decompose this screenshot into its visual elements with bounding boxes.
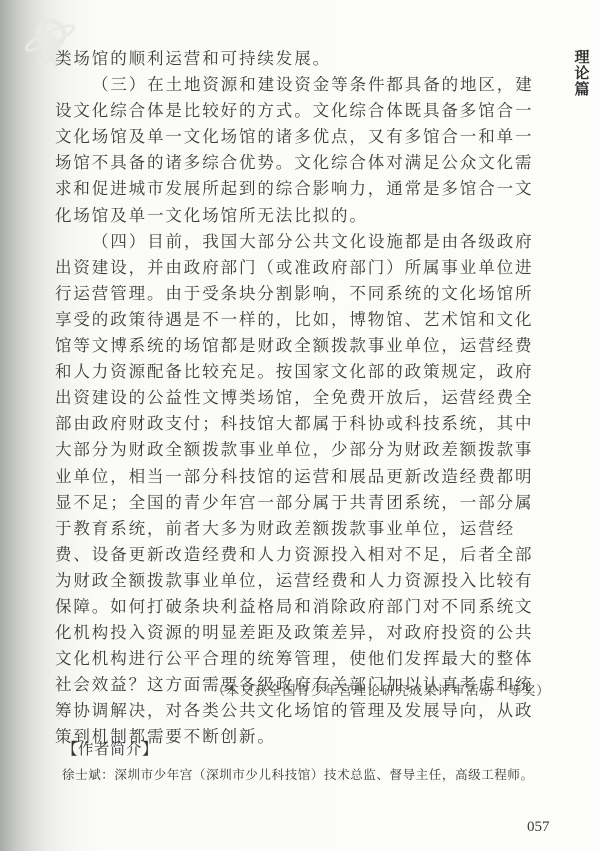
author-heading: 【作者简介】 bbox=[62, 737, 158, 759]
section-tab-char: 理 bbox=[574, 49, 590, 65]
award-note: （本文获全国青少年宫理论研究成果评审活动一等奖） bbox=[212, 680, 532, 699]
article-body: 类场馆的顺利运营和可持续发展。 （三）在土地资源和建设资金等条件都具备的地区，建… bbox=[55, 46, 541, 751]
section-tab-char: 篇 bbox=[574, 81, 590, 97]
paragraph-continuation: 类场馆的顺利运营和可持续发展。 bbox=[55, 46, 541, 72]
section-tab-label: 理 论 篇 bbox=[574, 49, 590, 97]
page-number: 057 bbox=[527, 819, 550, 836]
author-bio: 徐士斌：深圳市少年宫（深圳市少儿科技馆）技术总监、督导主任，高级工程师。 bbox=[62, 765, 552, 783]
paragraph-section-4: （四）目前，我国大部分公共文化设施都是由各级政府出资建设，并由政府部门（或准政府… bbox=[55, 229, 541, 751]
section-tab-char: 论 bbox=[574, 65, 590, 81]
paragraph-section-3: （三）在土地资源和建设资金等条件都具备的地区，建设文化综合体是比较好的方式。文化… bbox=[55, 72, 541, 229]
book-page: 理 论 篇 类场馆的顺利运营和可持续发展。 （三）在土地资源和建设资金等条件都具… bbox=[0, 0, 600, 851]
